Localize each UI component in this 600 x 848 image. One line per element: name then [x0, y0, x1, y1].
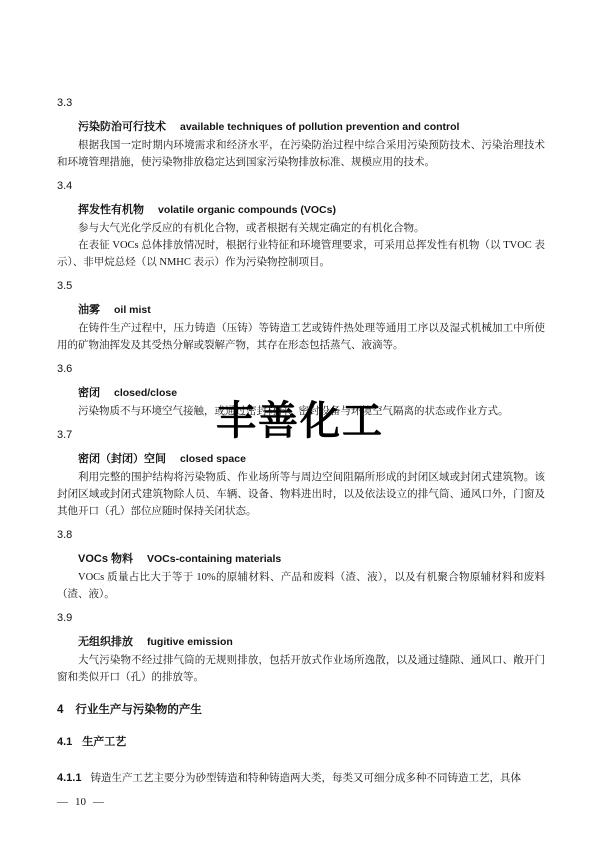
subchapter-title: 生产工艺 [82, 736, 126, 748]
clause-4-1-1: 4.1.1铸造生产工艺主要分为砂型铸造和特种铸造两大类，每类又可细分成多种不同铸… [57, 770, 545, 787]
definition-paragraph: VOCs 质量占比大于等于 10%的原辅材料、产品和废料（渣、液），以及有机聚合… [57, 569, 545, 603]
definition-paragraph: 根据我国一定时期内环境需求和经济水平，在污染防治过程中综合采用污染预防技术、污染… [57, 137, 545, 171]
term-chinese: 污染防治可行技术 [78, 121, 166, 133]
footer-dash-left: — [57, 796, 68, 808]
section-3-8: 3.8 VOCs 物料 VOCs-containing materials VO… [57, 528, 545, 603]
definition-paragraph: 在铸件生产过程中，压力铸造（压铸）等铸造工艺或铸件热处理等通用工序以及湿式机械加… [57, 320, 545, 354]
term-english: volatile organic compounds (VOCs) [158, 204, 336, 216]
page-number: 10 [75, 796, 86, 808]
term-chinese: 无组织排放 [78, 636, 133, 648]
section-number: 3.9 [57, 611, 545, 625]
term-english: closed/close [114, 387, 177, 399]
section-3-9: 3.9 无组织排放 fugitive emission 大气污染物不经过排气筒的… [57, 611, 545, 686]
page-footer: —10— [57, 795, 545, 809]
section-3-3: 3.3 污染防治可行技术 available techniques of pol… [57, 96, 545, 171]
clause-number: 4.1.1 [57, 772, 81, 784]
term-chinese: 密闭 [78, 387, 100, 399]
term-line: 油雾 oil mist [57, 301, 545, 318]
section-number: 3.5 [57, 279, 545, 293]
term-english: closed space [180, 453, 246, 465]
section-3-5: 3.5 油雾 oil mist 在铸件生产过程中，压力铸造（压铸）等铸造工艺或铸… [57, 279, 545, 354]
section-3-4: 3.4 挥发性有机物 volatile organic compounds (V… [57, 179, 545, 271]
section-number: 3.8 [57, 528, 545, 542]
section-number: 3.6 [57, 362, 545, 376]
footer-dash-right: — [93, 796, 104, 808]
definition-paragraph: 大气污染物不经过排气筒的无规则排放，包括开放式作业场所逸散，以及通过缝隙、通风口… [57, 652, 545, 686]
term-chinese: 油雾 [78, 304, 100, 316]
term-english: fugitive emission [147, 636, 233, 648]
section-number: 3.4 [57, 179, 545, 193]
definition-paragraph: 利用完整的围护结构将污染物质、作业场所等与周边空间阻隔所形成的封闭区域或封闭式建… [57, 469, 545, 520]
term-english: VOCs-containing materials [147, 553, 281, 565]
chapter-title: 行业生产与污染物的产生 [75, 704, 202, 716]
term-line: 密闭（封闭）空间 closed space [57, 450, 545, 467]
term-chinese: 挥发性有机物 [78, 204, 144, 216]
section-number: 3.3 [57, 96, 545, 110]
term-english: available techniques of pollution preven… [180, 121, 459, 133]
document-page: 3.3 污染防治可行技术 available techniques of pol… [0, 0, 600, 848]
clause-text: 铸造生产工艺主要分为砂型铸造和特种铸造两大类，每类又可细分成多种不同铸造工艺，具… [90, 773, 521, 784]
term-line: VOCs 物料 VOCs-containing materials [57, 550, 545, 567]
definition-paragraph: 参与大气光化学反应的有机化合物，或者根据有关规定确定的有机化合物。 [57, 220, 545, 237]
subchapter-number: 4.1 [57, 736, 72, 748]
chapter-heading: 4行业生产与污染物的产生 [57, 702, 545, 718]
term-line: 无组织排放 fugitive emission [57, 633, 545, 650]
term-english: oil mist [114, 304, 151, 316]
definition-paragraph: 在表征 VOCs 总体排放情况时，根据行业特征和环境管理要求，可采用总挥发性有机… [57, 237, 545, 271]
watermark-text: 丰善化工 [216, 400, 384, 442]
term-chinese: VOCs 物料 [78, 553, 133, 565]
term-line: 污染防治可行技术 available techniques of polluti… [57, 118, 545, 135]
chapter-number: 4 [57, 704, 63, 716]
term-chinese: 密闭（封闭）空间 [78, 453, 166, 465]
subchapter-heading: 4.1生产工艺 [57, 734, 545, 750]
term-line: 挥发性有机物 volatile organic compounds (VOCs) [57, 201, 545, 218]
